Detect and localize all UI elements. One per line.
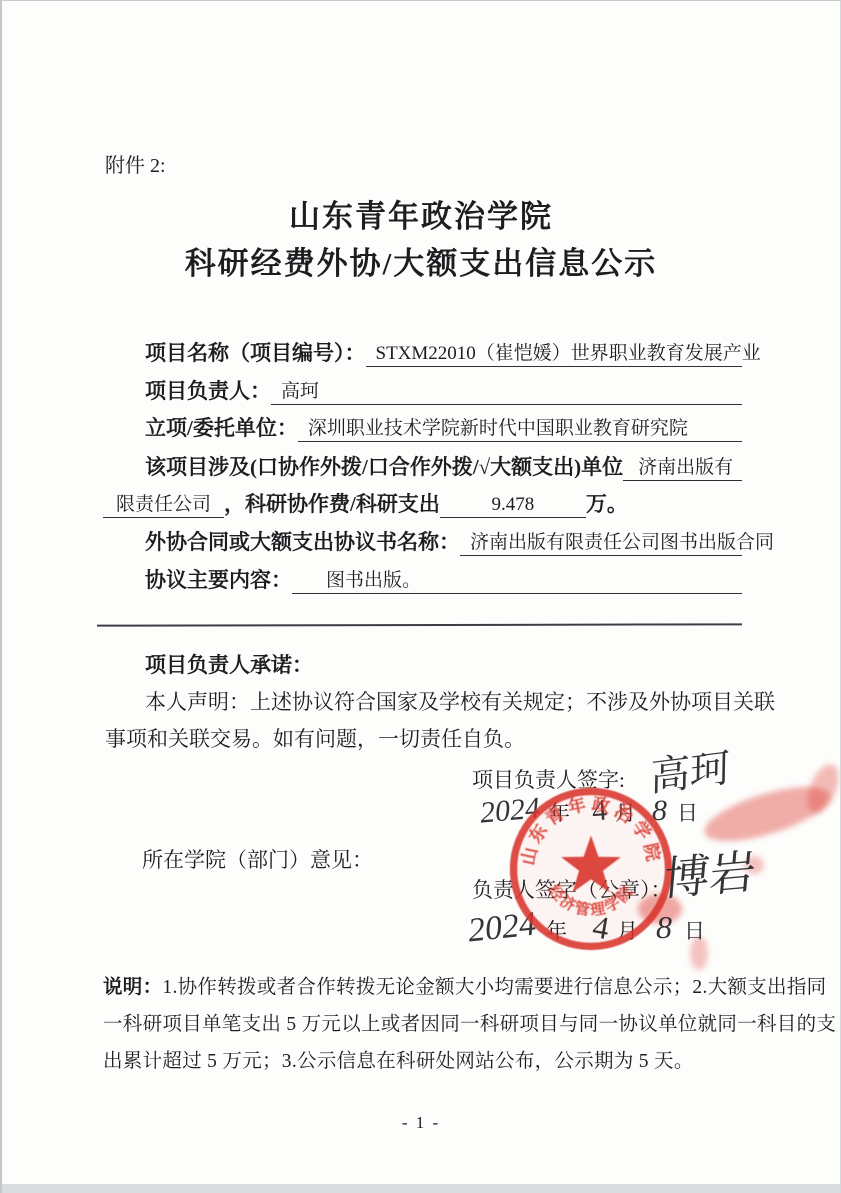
month-unit-2: 月 xyxy=(617,915,638,945)
fee-value: 9.478 xyxy=(440,494,586,518)
head-date-day-hw: 8 xyxy=(656,909,672,946)
project-name-label: 项目名称（项目编号）： xyxy=(145,337,366,367)
leader-signature-handwriting: 高珂 xyxy=(650,736,730,803)
day-unit-2: 日 xyxy=(684,915,705,945)
commission-unit-label: 立项/委托单位： xyxy=(145,412,298,442)
commission-unit-value: 深圳职业技术学院新时代中国职业教育研究院 xyxy=(298,413,742,442)
leader-date-month-hw: 4 xyxy=(591,794,608,829)
leader-sign-label: 项目负责人签字: xyxy=(472,764,625,794)
notes-label: 说明： xyxy=(103,977,162,998)
section-divider-line xyxy=(97,623,742,626)
scanned-document-page: 附件 2: 山东青年政治学院 科研经费外协/大额支出信息公示 项目名称（项目编号… xyxy=(0,0,841,1193)
field-agreement-content: 协议主要内容： 图书出版。 xyxy=(145,564,742,594)
document-title-line1: 山东青年政治学院 xyxy=(2,191,840,236)
notes-line2: 一科研项目单笔支出 5 万元以上或者因同一科研项目与同一协议单位就同一科目的支 xyxy=(103,1008,836,1036)
head-date-year-hw: 2024 xyxy=(466,906,538,951)
month-unit: 月 xyxy=(615,797,636,827)
notes-line1: 说明：1.协作转拨或者合作转拨无论金额大小均需要进行信息公示；2.大额支出指同 xyxy=(103,971,826,999)
involve-prefix-label: 该项目涉及(口协作外拨/口合作外拨/√大额支出)单位 xyxy=(145,451,623,481)
field-involve-unit: 该项目涉及(口协作外拨/口合作外拨/√大额支出)单位 济南出版有 xyxy=(145,451,742,481)
agreement-name-label: 外协合同或大额支出协议书名称： xyxy=(145,526,460,556)
ink-smudge xyxy=(801,760,841,818)
fee-label: ，科研协作费/科研支出 xyxy=(224,488,440,518)
year-unit-2: 年 xyxy=(546,915,567,945)
head-sign-label: 负责人签字（公章）： xyxy=(472,874,672,904)
involve-unit-part1: 济南出版有 xyxy=(623,452,742,481)
promise-line2: 事项和关联交易。如有问题，一切责任自负。 xyxy=(105,723,525,753)
year-unit: 年 xyxy=(549,797,570,827)
agreement-content-value: 图书出版。 xyxy=(292,565,742,594)
involve-unit-part2: 限责任公司 xyxy=(103,489,224,518)
agreement-content-label: 协议主要内容： xyxy=(145,564,292,594)
attachment-label: 附件 2: xyxy=(105,149,166,178)
field-agreement-name: 外协合同或大额支出协议书名称： 济南出版有限责任公司图书出版合同 xyxy=(145,526,742,556)
field-commission-unit: 立项/委托单位： 深圳职业技术学院新时代中国职业教育研究院 xyxy=(145,412,742,442)
field-fee: 限责任公司 ，科研协作费/科研支出 9.478 万。 xyxy=(103,488,628,518)
notes-line3: 出累计超过 5 万元；3.公示信息在科研处网站公布，公示期为 5 天。 xyxy=(103,1045,694,1073)
head-date-row: 2024 年 4 月 8 日 xyxy=(468,909,705,947)
project-name-value: STXM22010（崔恺媛）世界职业教育发展产业 xyxy=(366,338,743,367)
agreement-name-value: 济南出版有限责任公司图书出版合同 xyxy=(460,527,742,556)
head-signature-handwriting: 博岩 xyxy=(661,835,758,910)
field-project-name: 项目名称（项目编号）： STXM22010（崔恺媛）世界职业教育发展产业 xyxy=(145,337,742,367)
day-unit: 日 xyxy=(677,797,698,827)
department-opinion-label: 所在学院（部门）意见： xyxy=(142,844,373,874)
project-leader-label: 项目负责人： xyxy=(145,375,271,405)
project-leader-value: 高珂 xyxy=(271,376,742,405)
leader-date-year-hw: 2024 xyxy=(479,791,542,830)
head-date-month-hw: 4 xyxy=(590,908,612,947)
document-title-line2: 科研经费外协/大额支出信息公示 xyxy=(2,238,840,283)
fee-unit-label: 万。 xyxy=(586,488,628,518)
notes-line1-text: 1.协作转拨或者合作转拨无论金额大小均需要进行信息公示；2.大额支出指同 xyxy=(162,977,826,998)
page-number: - 1 - xyxy=(2,1113,840,1133)
promise-heading: 项目负责人承诺： xyxy=(145,649,313,679)
field-project-leader: 项目负责人： 高珂 xyxy=(145,375,742,405)
promise-line1: 本人声明：上述协议符合国家及学校有关规定；不涉及外协项目关联 xyxy=(145,686,775,716)
